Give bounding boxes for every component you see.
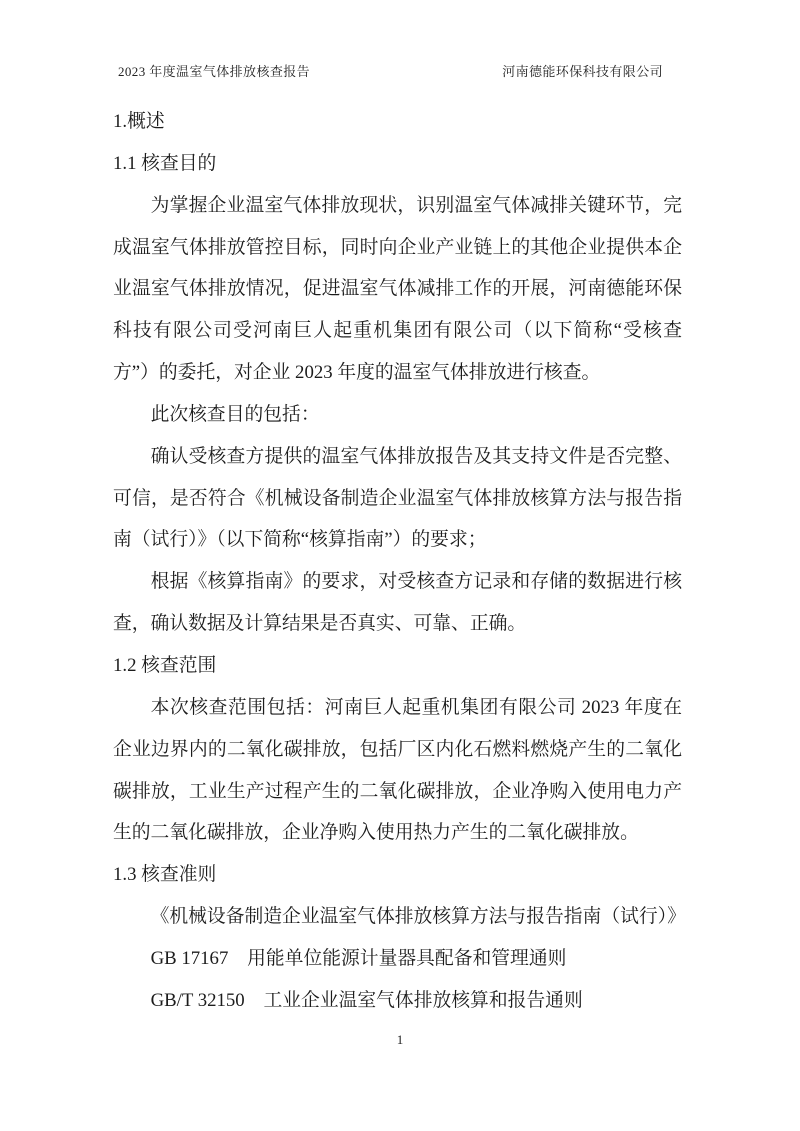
- document-page: 2023 年度温室气体排放核查报告 河南德能环保科技有限公司 1.概述 1.1 …: [0, 0, 800, 1131]
- paragraph-criteria-gbt32150: GB/T 32150 工业企业温室气体排放核算和报告通则: [113, 980, 682, 1022]
- page-header: 2023 年度温室气体排放核查报告 河南德能环保科技有限公司: [118, 64, 682, 80]
- paragraph-purpose-intro: 此次核查目的包括：: [113, 394, 682, 436]
- paragraph-criteria-gb17167: GB 17167 用能单位能源计量器具配备和管理通则: [113, 938, 682, 980]
- paragraph-purpose: 为掌握企业温室气体排放现状，识别温室气体减排关键环节，完成温室气体排放管控目标，…: [113, 185, 682, 394]
- heading-verification-purpose: 1.1 核查目的: [113, 143, 682, 185]
- header-company-name: 河南德能环保科技有限公司: [502, 64, 663, 80]
- paragraph-purpose-item-1: 确认受核查方提供的温室气体排放报告及其支持文件是否完整、可信，是否符合《机械设备…: [113, 436, 682, 562]
- document-body: 1.概述 1.1 核查目的 为掌握企业温室气体排放现状，识别温室气体减排关键环节…: [113, 101, 682, 1022]
- paragraph-purpose-item-2: 根据《核算指南》的要求，对受核查方记录和存储的数据进行核查，确认数据及计算结果是…: [113, 561, 682, 645]
- header-doc-title: 2023 年度温室气体排放核查报告: [118, 64, 310, 80]
- paragraph-criteria-guideline: 《机械设备制造企业温室气体排放核算方法与报告指南（试行）》: [113, 896, 682, 938]
- page-number: 1: [397, 1032, 404, 1047]
- page-footer: 1: [0, 1031, 800, 1049]
- paragraph-scope: 本次核查范围包括：河南巨人起重机集团有限公司 2023 年度在企业边界内的二氧化…: [113, 687, 682, 854]
- heading-overview: 1.概述: [113, 101, 682, 143]
- heading-verification-scope: 1.2 核查范围: [113, 645, 682, 687]
- heading-verification-criteria: 1.3 核查准则: [113, 854, 682, 896]
